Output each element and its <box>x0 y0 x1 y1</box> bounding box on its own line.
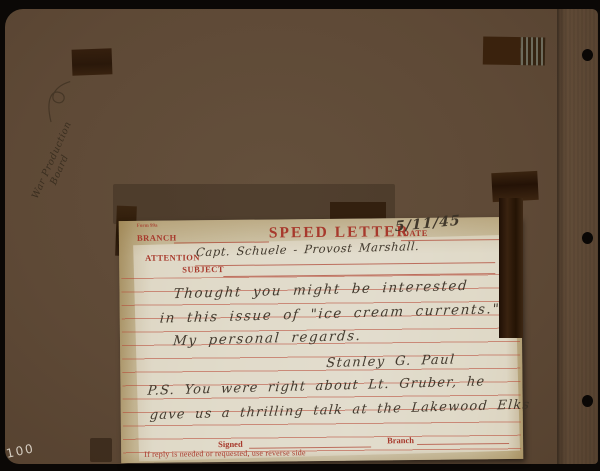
branch-footer-label: Branch <box>387 435 414 445</box>
signed-label: Signed <box>218 439 243 449</box>
tape-piece <box>330 202 386 220</box>
binder-hole <box>582 49 593 61</box>
tape-piece <box>499 198 523 338</box>
attention-label: ATTENTION <box>145 252 200 263</box>
reply-note: If reply is needed or requested, use rev… <box>144 448 306 459</box>
tape-frayed-threads <box>521 37 545 65</box>
scanned-album-page: War Production Board 100 Form 99a BRANCH… <box>0 0 600 471</box>
speed-letter-form: Form 99a BRANCH SPEED LETTER DATE 5/11/4… <box>119 217 524 463</box>
binder-hole <box>582 232 593 244</box>
tape-piece <box>483 36 545 65</box>
tape-piece <box>90 438 112 462</box>
tape-piece <box>72 48 113 75</box>
binder-hole <box>582 395 593 407</box>
branch-label: BRANCH <box>137 233 177 243</box>
subject-label: SUBJECT <box>182 264 224 274</box>
form-number: Form 99a <box>137 224 158 229</box>
